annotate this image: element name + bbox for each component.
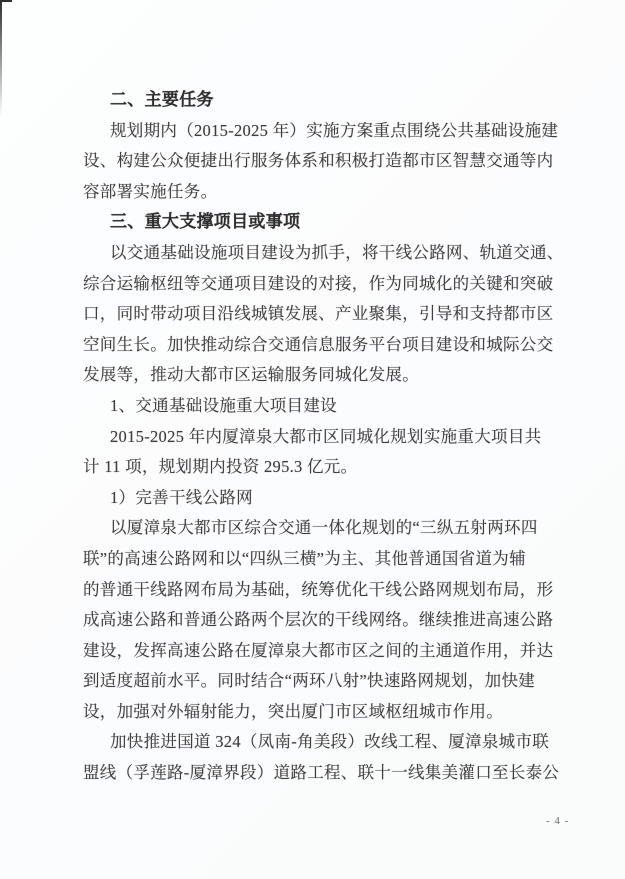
text-line: 空间生长。加快推动综合交通信息服务平台项目建设和城际公交	[83, 330, 549, 361]
text-line: 计 11 项，规划期内投资 295.3 亿元。	[83, 452, 549, 483]
page-number: - 4 -	[546, 814, 569, 828]
text-line: 发展等，推动大都市区运输服务同城化发展。	[83, 360, 549, 391]
section-heading: 三、重大支撑项目或事项	[83, 207, 549, 238]
text-line: 设，加强对外辐射能力，突出厦门市区域枢纽城市作用。	[83, 697, 549, 728]
text-line: 加快推进国道 324（凤南-角美段）改线工程、厦漳泉城市联	[83, 727, 549, 758]
text-line: 设、构建公众便捷出行服务体系和积极打造都市区智慧交通等内	[83, 146, 549, 177]
text-line: 1、交通基础设施重大项目建设	[83, 391, 549, 422]
text-line: 口，同时带动项目沿线城镇发展、产业聚集，引导和支持都市区	[83, 299, 549, 330]
scan-edge-artifact	[0, 0, 12, 2]
scan-edge-artifact	[0, 0, 2, 116]
text-line: 2015-2025 年内厦漳泉大都市区同城化规划实施重大项目共	[83, 422, 549, 453]
text-line: 联”的高速公路网和以“四纵三横”为主、其他普通国省道为辅	[83, 544, 549, 575]
text-line: 容部署实施任务。	[83, 177, 549, 208]
text-line: 以交通基础设施项目建设为抓手，将干线公路网、轨道交通、	[83, 238, 549, 269]
section-heading: 二、主要任务	[83, 85, 549, 116]
text-line: 规划期内（2015-2025 年）实施方案重点围绕公共基础设施建	[83, 116, 549, 147]
text-line: 以厦漳泉大都市区综合交通一体化规划的“三纵五射两环四	[83, 513, 549, 544]
text-line: 成高速公路和普通公路两个层次的干线网络。继续推进高速公路	[83, 605, 549, 636]
scanned-document-page: 二、主要任务规划期内（2015-2025 年）实施方案重点围绕公共基础设施建设、…	[0, 0, 625, 879]
text-line: 盟线（孚莲路-厦漳界段）道路工程、联十一线集美灌口至长泰公	[83, 758, 549, 789]
text-line: 1）完善干线公路网	[83, 483, 549, 514]
document-lines: 二、主要任务规划期内（2015-2025 年）实施方案重点围绕公共基础设施建设、…	[83, 85, 549, 789]
text-line: 的普通干线路网布局为基础，统筹优化干线公路网规划布局，形	[83, 575, 549, 606]
text-line: 到适度超前水平。同时结合“两环八射”快速路网规划，加快建	[83, 666, 549, 697]
text-line: 综合运输枢纽等交通项目建设的对接，作为同城化的关键和突破	[83, 269, 549, 300]
text-line: 建设，发挥高速公路在厦漳泉大都市区之间的主通道作用，并达	[83, 636, 549, 667]
